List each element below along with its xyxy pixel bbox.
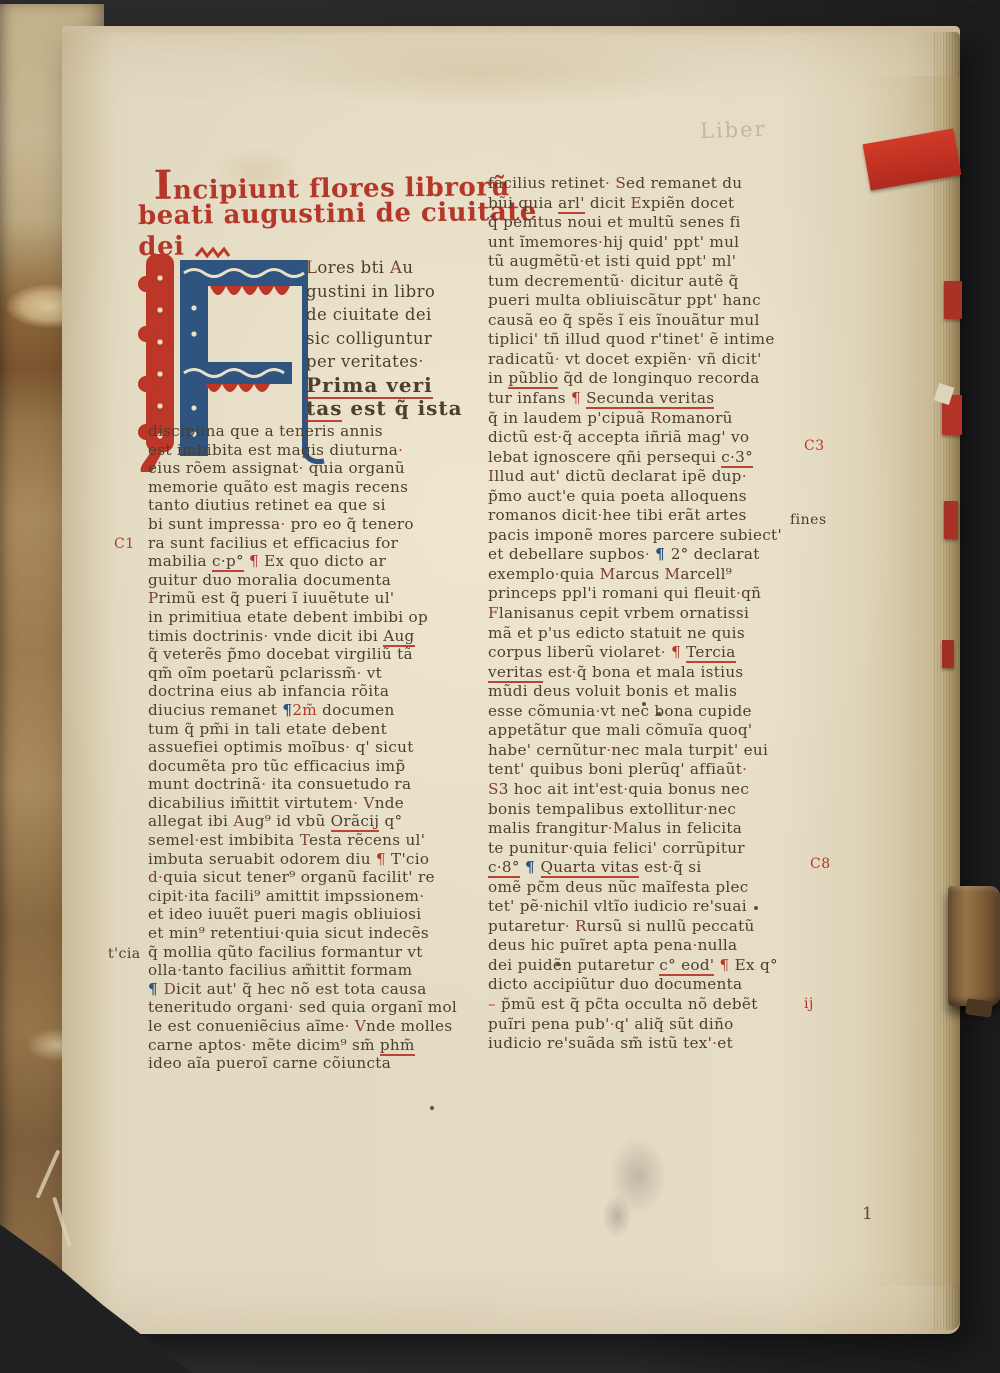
text-line: deus hic puĩret apta pena·nulla [488, 936, 838, 956]
text-line: princeps ppl'i romani qui fleuit·qñ [488, 584, 838, 604]
stain [602, 1194, 632, 1238]
text-line: guitur duo moralia documenta [148, 571, 500, 590]
show-through-text: Liber [700, 117, 767, 143]
text-line: pacis imponẽ mores parcere subiect' [488, 526, 838, 546]
text-line: tas est q̃ ista [306, 397, 463, 421]
text-line: Illud aut' dictũ declarat ipẽ dup· [488, 467, 838, 487]
text-line: per veritates· [306, 350, 463, 374]
bookmark-tab [944, 501, 958, 539]
incipit-block: Lores bti Augustini in librode ciuitate … [306, 256, 463, 421]
text-line: timis doctrinis· vnde dicit ibi Aug [148, 627, 500, 646]
text-line: gustini in libro [306, 280, 463, 304]
text-line: tũ augmẽtũ·et isti quid ppt' ml' [488, 252, 838, 272]
ink-speck [430, 1106, 434, 1110]
text-line: Primũ est q̃ pueri ĩ iuuẽtute ul' [148, 589, 500, 608]
stain [608, 1134, 668, 1218]
text-line: tet' pẽ·nichil vltĩo iudicio re'suai [488, 897, 838, 917]
book-clasp-strap [965, 998, 993, 1017]
text-line: memorie quãto est magis recens [148, 478, 500, 497]
text-line: ¶ Dicit aut' q̃ hec nõ est tota causa [148, 980, 500, 999]
photograph-background: { "palette":{"ink":"#4f3e2d","rubric_red… [0, 0, 1000, 1373]
text-line: allegat ibi Aug⁹ id vbũ Orãcij q° [148, 812, 500, 831]
text-line: cipit·ita facili⁹ amittit impssionem· [148, 887, 500, 906]
text-line: sic colliguntur [306, 327, 463, 351]
text-line: corpus liberũ violaret· ¶ Tercia [488, 643, 838, 663]
text-line: documẽta pro tũc efficacius imp̃ [148, 757, 500, 776]
text-line: pueri multa obliuiscãtur ppt' hanc [488, 291, 838, 311]
margin-note: t'cia [108, 946, 141, 962]
text-line: beati augustini de ciuitate [138, 197, 537, 232]
book-clasp [948, 886, 1000, 1006]
text-line: teneritudo organi· sed quia organĩ mol [148, 998, 500, 1017]
text-line: bonis tempalibus extollitur·nec [488, 800, 838, 820]
page-top-edge [62, 26, 960, 36]
text-line: d·quia sicut tener⁹ organũ facilit' re [148, 868, 500, 887]
text-line: imbuta seruabit odorem diu ¶ T'cio [148, 850, 500, 869]
page-fore-edge [934, 32, 960, 1330]
margin-note: ij [804, 996, 814, 1012]
text-line: tanto diutius retinet ea que si [148, 496, 500, 515]
text-line: doctrina eius ab infancia rõita [148, 682, 500, 701]
text-line: mũdi deus voluit bonis et malis [488, 682, 838, 702]
text-line: putaretur· Rursũ si nullũ peccatũ [488, 917, 838, 937]
text-line: exemplo·quia Marcus Marcell⁹ [488, 565, 838, 585]
text-line: et ideo iuuẽt pueri magis obliuiosi [148, 905, 500, 924]
text-line: et debellare supbos· ¶ 2° declarat [488, 545, 838, 565]
text-line: ideo aĩa pueroĩ carne cõiuncta [148, 1054, 500, 1073]
text-line: in primitiua etate debent imbibi op [148, 608, 500, 627]
text-line: esse cõmunia·vt nec bona cupide [488, 702, 838, 722]
text-line: lebat ignoscere qñi persequi c·3° [488, 448, 838, 468]
text-line: dicabilius im̃ittit virtutem· Vnde [148, 794, 500, 813]
text-line: malis frangitur·Malus in felicita [488, 819, 838, 839]
text-line: te punitur·quia felici' corrũpitur [488, 839, 838, 859]
text-line: bi sunt impressa· pro eo q̃ tenero [148, 515, 500, 534]
text-line: semel·est imbibita Testa rẽcens ul' [148, 831, 500, 850]
text-column-right: facilius retinet· Sed remanet dubũi quia… [488, 174, 838, 1054]
text-line: appetãtur que mali cõmuĩa quoq' [488, 721, 838, 741]
text-line: mã et p'us edicto statuit ne quis [488, 624, 838, 644]
stain [250, 34, 720, 108]
text-line: p̃mo auct'e quia poeta alloquens [488, 487, 838, 507]
text-line: tiplici' tñ illud quod r'tinet' ẽ intime [488, 330, 838, 350]
text-line: et min⁹ retentiui·quia sicut indecẽs [148, 924, 500, 943]
text-line: Flanisanus cepit vrbem ornatissi [488, 604, 838, 624]
text-line: – p̃mũ est q̃ pc̃ta occulta nõ debẽt [488, 995, 838, 1015]
text-line: omẽ pc̃m deus nũc maĩfesta plec [488, 878, 838, 898]
text-line: dicto accipiũtur duo documenta [488, 975, 838, 995]
text-line: olla·tanto facilius am̃ittit formam [148, 961, 500, 980]
text-line: habe' cernũtur·nec mala turpit' eui [488, 741, 838, 761]
text-line: diucius remanet ¶2m̃ documen [148, 701, 500, 720]
text-line: tent' quibus boni plerũq' affiaũt· [488, 760, 838, 780]
text-line: unt ĩmemores·hij quid' ppt' mul [488, 233, 838, 253]
text-line: carne aptos· mẽte dicim⁹ sm̃ phm̃ [148, 1036, 500, 1055]
folio-number: 1 [862, 1204, 873, 1224]
manuscript-page: Liber Incipiunt flores librorũbeati augu… [62, 26, 960, 1334]
text-line: puĩri pena pub'·q' aliq̃ sũt diño [488, 1015, 838, 1035]
text-line: dictũ est·q̃ accepta iñriã mag' vo [488, 428, 838, 448]
text-line: tum decrementũ· dicitur autẽ q̃ [488, 272, 838, 292]
margin-note: C1 [114, 536, 135, 552]
text-line: q̃ in laudem p'cipuã Romanorũ [488, 409, 838, 429]
text-line: est imbibita est magis diuturna· [148, 441, 500, 460]
text-line: le est conueniẽcius aĩme· Vnde molles [148, 1017, 500, 1036]
text-line: bũi quia arl' dicit Expiẽn docet [488, 194, 838, 214]
text-column-left: disciplina que a teneris annisest imbibi… [148, 422, 500, 1073]
text-line: q̃ veterẽs p̃mo docebat virgiliũ tã [148, 645, 500, 664]
text-line: qm̃ oĩm poetarũ pclarissm̃· vt [148, 664, 500, 683]
text-line: q̃ mollia qũto facilius formantur vt [148, 943, 500, 962]
text-line: iudicio re'suãda sm̃ istũ tex'·et [488, 1034, 838, 1054]
text-line: facilius retinet· Sed remanet du [488, 174, 838, 194]
text-line: c·8° ¶ Quarta vitas est·q̃ si [488, 858, 838, 878]
text-line: S3 hoc ait int'est·quia bonus nec [488, 780, 838, 800]
text-line: causã eo q̃ spẽs ĩ eis ĩnouãtur mul [488, 311, 838, 331]
text-line: munt doctrinã· ita consuetudo ra [148, 775, 500, 794]
margin-note: C3 [804, 438, 825, 454]
text-line: eius rõem assignat· quia organũ [148, 459, 500, 478]
text-line: disciplina que a teneris annis [148, 422, 500, 441]
text-line: q̃ penitus noui et multũ senes fi [488, 213, 838, 233]
text-line: Prima veri [306, 374, 463, 398]
bookmark-tab [944, 281, 962, 319]
text-line: romanos dicit·hee tibi erãt artes [488, 506, 838, 526]
margin-note: fines [790, 512, 827, 528]
text-line: Incipiunt flores librorũ [138, 166, 537, 201]
bookmark-tab [942, 640, 954, 668]
text-line: ra sunt facilius et efficacius for [148, 534, 500, 553]
text-line: de ciuitate dei [306, 303, 463, 327]
text-line: veritas est·q̃ bona et mala istius [488, 663, 838, 683]
margin-note: C8 [810, 856, 831, 872]
text-line: Lores bti Au [306, 256, 463, 280]
text-line: dei puidẽn putaretur c° eod' ¶ Ex q° [488, 956, 838, 976]
text-line: radicatũ· vt docet expiẽn· vñ dicit' [488, 350, 838, 370]
text-line: in pũblio q̃d de longinquo recorda [488, 369, 838, 389]
text-line: tur infans ¶ Secunda veritas [488, 389, 838, 409]
text-line: mabilia c·p° ¶ Ex quo dicto ar [148, 552, 500, 571]
text-line: tum q̃ pm̃i in tali etate debent [148, 720, 500, 739]
text-line: assuefiei optimis moĩbus· q' sicut [148, 738, 500, 757]
bookmark-tab [942, 395, 962, 435]
